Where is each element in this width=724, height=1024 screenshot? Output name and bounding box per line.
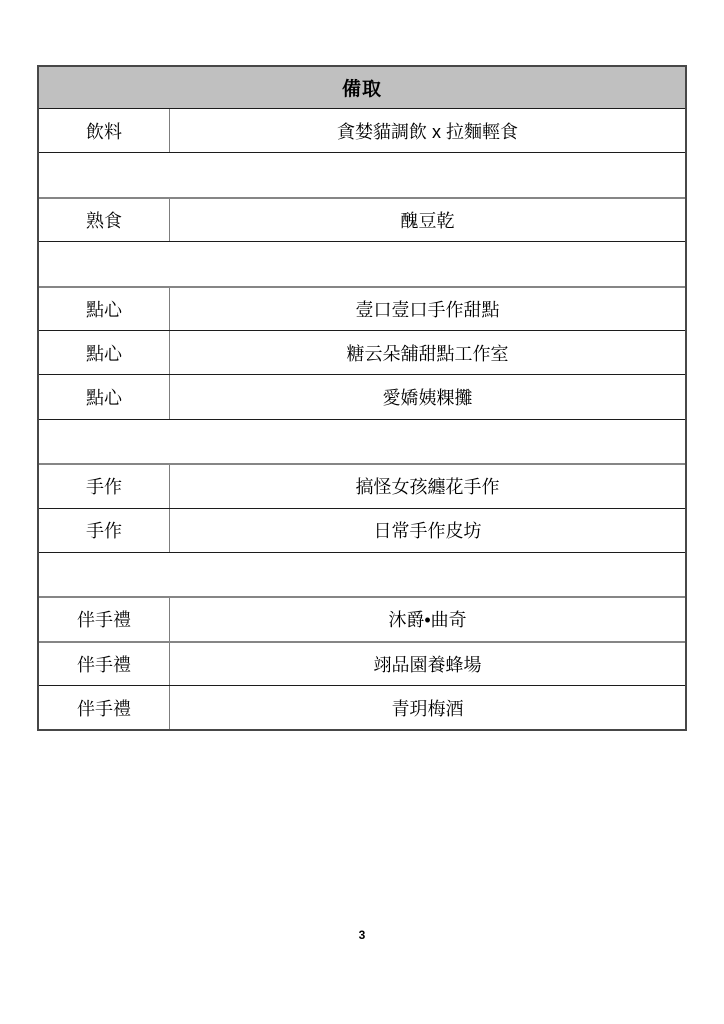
document-page: 備取 飲料 貪婪貓調飲 x 拉麵輕食 熟食 醜豆乾 點心 壹口壹口手作甜點 點心…	[0, 0, 724, 1024]
category-cell: 飲料	[39, 109, 170, 152]
table-row: 熟食 醜豆乾	[39, 197, 685, 241]
vendor-name-cell: 壹口壹口手作甜點	[170, 288, 685, 330]
vendor-name-cell: 翊品園養蜂場	[170, 643, 685, 685]
category-cell: 點心	[39, 331, 170, 374]
table-row: 點心 愛嬌姨粿攤	[39, 374, 685, 418]
table-body: 飲料 貪婪貓調飲 x 拉麵輕食 熟食 醜豆乾 點心 壹口壹口手作甜點 點心 糖云…	[39, 108, 685, 729]
vendor-name-cell: 搞怪女孩纏花手作	[170, 465, 685, 507]
spacer-row	[39, 152, 685, 196]
vendor-name-cell: 醜豆乾	[170, 199, 685, 241]
spacer-row	[39, 419, 685, 463]
table-header-row: 備取	[39, 67, 685, 108]
waitlist-table: 備取 飲料 貪婪貓調飲 x 拉麵輕食 熟食 醜豆乾 點心 壹口壹口手作甜點 點心…	[37, 65, 687, 731]
vendor-name-cell: 貪婪貓調飲 x 拉麵輕食	[170, 109, 685, 152]
table-row: 飲料 貪婪貓調飲 x 拉麵輕食	[39, 108, 685, 152]
vendor-name-cell: 青玥梅酒	[170, 686, 685, 729]
category-cell: 伴手禮	[39, 686, 170, 729]
vendor-name-cell: 日常手作皮坊	[170, 509, 685, 552]
table-row: 手作 日常手作皮坊	[39, 508, 685, 552]
vendor-name-cell: 愛嬌姨粿攤	[170, 375, 685, 418]
table-title: 備取	[342, 74, 382, 101]
category-cell: 手作	[39, 465, 170, 507]
table-row: 伴手禮 青玥梅酒	[39, 685, 685, 729]
category-cell: 點心	[39, 288, 170, 330]
vendor-name-cell: 糖云朵舖甜點工作室	[170, 331, 685, 374]
table-row: 伴手禮 翊品園養蜂場	[39, 641, 685, 685]
spacer-row	[39, 241, 685, 285]
table-row: 伴手禮 沐爵•曲奇	[39, 596, 685, 640]
category-cell: 手作	[39, 509, 170, 552]
category-cell: 點心	[39, 375, 170, 418]
page-number: 3	[0, 928, 724, 942]
vendor-name-cell: 沐爵•曲奇	[170, 598, 685, 640]
table-row: 點心 糖云朵舖甜點工作室	[39, 330, 685, 374]
category-cell: 伴手禮	[39, 598, 170, 640]
category-cell: 伴手禮	[39, 643, 170, 685]
spacer-row	[39, 552, 685, 596]
category-cell: 熟食	[39, 199, 170, 241]
table-row: 點心 壹口壹口手作甜點	[39, 286, 685, 330]
table-row: 手作 搞怪女孩纏花手作	[39, 463, 685, 507]
